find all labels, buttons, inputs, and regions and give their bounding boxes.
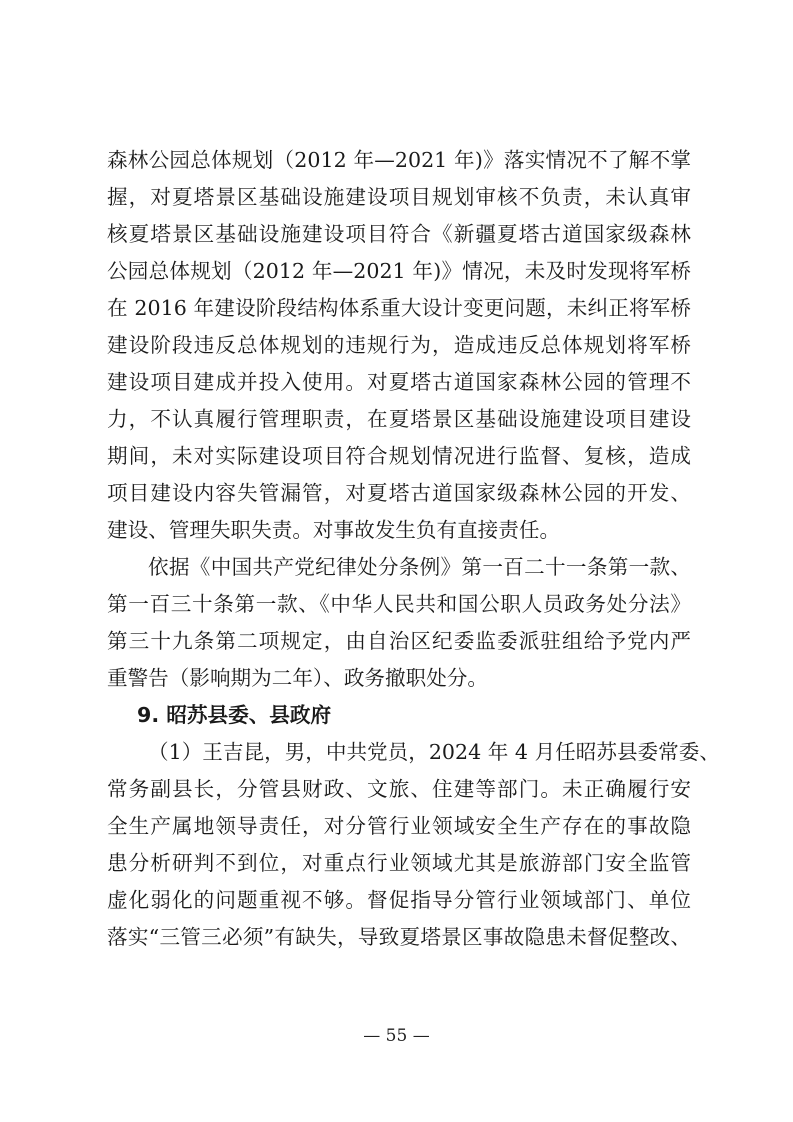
text-line: 常务副县长，分管县财政、文旅、住建等部门。未正确履行安 — [107, 771, 691, 808]
section-heading: 9. 昭苏县委、县政府 — [107, 697, 691, 734]
text-line: 建设、管理失职失责。对事故发生负有直接责任。 — [107, 512, 691, 549]
text-line: 第三十九条第二项规定，由自治区纪委监委派驻组给予党内严 — [107, 623, 691, 660]
paragraph-disciplinary-basis: 依据《中国共产党纪律处分条例》第一百二十一条第一款、 第一百三十条第一款、《中华… — [107, 549, 691, 697]
text-line: 建设项目建成并投入使用。对夏塔古道国家森林公园的管理不 — [107, 364, 691, 401]
text-line: 森林公园总体规划（2012 年—2021 年)》落实情况不了解不掌 — [107, 142, 691, 179]
text-line: 全生产属地领导责任，对分管行业领域安全生产存在的事故隐 — [107, 808, 691, 845]
text-line: 力，不认真履行管理职责，在夏塔景区基础设施建设项目建设 — [107, 401, 691, 438]
paragraph-continuation: 森林公园总体规划（2012 年—2021 年)》落实情况不了解不掌 握，对夏塔景… — [107, 142, 691, 549]
text-line: （1）王吉昆，男，中共党员，2024 年 4 月任昭苏县委常委、 — [107, 734, 691, 771]
text-line: 核夏塔景区基础设施建设项目符合《新疆夏塔古道国家级森林 — [107, 216, 691, 253]
text-line: 建设阶段违反总体规划的违规行为，造成违反总体规划将军桥 — [107, 327, 691, 364]
page-number: — 55 — — [0, 1026, 793, 1046]
text-line: 第一百三十条第一款、《中华人民共和国公职人员政务处分法》 — [107, 586, 691, 623]
text-line: 重警告（影响期为二年）、政务撤职处分。 — [107, 660, 691, 697]
text-line: 公园总体规划（2012 年—2021 年)》情况，未及时发现将军桥 — [107, 253, 691, 290]
text-line: 期间，未对实际建设项目符合规划情况进行监督、复核，造成 — [107, 438, 691, 475]
text-line: 虚化弱化的问题重视不够。督促指导分管行业领域部门、单位 — [107, 882, 691, 919]
text-line: 在 2016 年建设阶段结构体系重大设计变更问题，未纠正将军桥 — [107, 290, 691, 327]
text-line: 项目建设内容失管漏管，对夏塔古道国家级森林公园的开发、 — [107, 475, 691, 512]
document-page: 森林公园总体规划（2012 年—2021 年)》落实情况不了解不掌 握，对夏塔景… — [107, 142, 691, 956]
text-line: 落实“三管三必须”有缺失，导致夏塔景区事故隐患未督促整改、 — [107, 919, 691, 956]
text-line: 握，对夏塔景区基础设施建设项目规划审核不负责，未认真审 — [107, 179, 691, 216]
text-line: 患分析研判不到位，对重点行业领域尤其是旅游部门安全监管 — [107, 845, 691, 882]
text-line: 依据《中国共产党纪律处分条例》第一百二十一条第一款、 — [107, 549, 691, 586]
paragraph-wang-jikun: （1）王吉昆，男，中共党员，2024 年 4 月任昭苏县委常委、 常务副县长，分… — [107, 734, 691, 956]
